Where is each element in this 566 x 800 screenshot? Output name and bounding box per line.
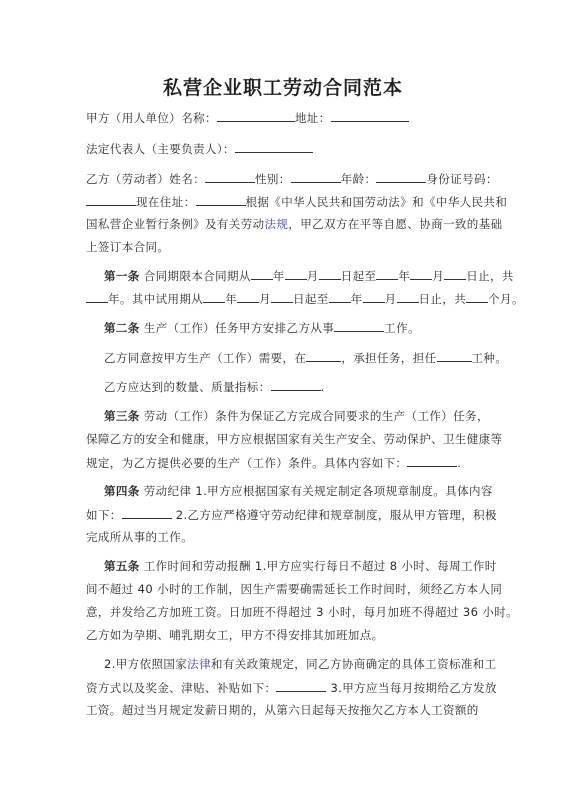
- conditions-blank[interactable]: [407, 454, 457, 467]
- article5-p2-text-2a: 资方式以及奖金、津贴、补贴如下：: [86, 681, 276, 695]
- article4-text-2b: 2.乙方应严格遵守劳动纪律和规章制度，服从甲方管理，积极: [172, 508, 497, 522]
- article2-line-3: 乙方应达到的数量、质量指标：.: [104, 378, 325, 395]
- start-day-blank[interactable]: [319, 267, 341, 280]
- party-a-name-blank[interactable]: [217, 109, 295, 122]
- residence-line: 现在住址：根据《中华人民共和国劳动法》和《中华人民共和: [86, 193, 507, 210]
- party-a-label: 甲方（用人单位）名称：: [86, 111, 217, 125]
- article5-line-2: 间不超过 40 小时的工作制，因生产需要确需延长工作时间时，须经乙方本人同: [86, 581, 502, 597]
- end-day-blank[interactable]: [444, 267, 466, 280]
- article5-heading: 第五条: [104, 559, 140, 573]
- party-b-line: 乙方（劳动者）姓名：性别：年龄：身份证号码：: [86, 170, 498, 187]
- article4-line-2: 如下： 2.乙方应严格遵守劳动纪律和规章制度，服从甲方管理，积极: [86, 506, 497, 523]
- article4-heading: 第四条: [104, 484, 140, 498]
- location-blank[interactable]: [306, 349, 341, 362]
- article4-text-3: 完成所从事的工作。: [86, 530, 193, 544]
- year-label: 年: [351, 292, 363, 306]
- article3-text-3b: .: [457, 456, 461, 470]
- end-month-blank[interactable]: [410, 267, 432, 280]
- article1-line-2: 年。其中试用期从年月日起至年月日止，共个月。: [86, 290, 524, 307]
- article1-text-1: 合同期限本合同期从: [140, 269, 251, 283]
- year-label: 年: [273, 269, 285, 283]
- quality-index-blank[interactable]: [271, 378, 321, 391]
- party-b-name-blank[interactable]: [205, 170, 255, 183]
- party-a-address-blank[interactable]: [331, 109, 409, 122]
- basis-line-2: 国私营企业暂行条例》及有关劳动法规，甲乙双方在平等自愿、协商一致的基础: [86, 216, 503, 232]
- end-year-blank[interactable]: [376, 267, 398, 280]
- month-label: 月: [385, 292, 397, 306]
- article4-line-1: 第四条 劳动纪律 1.甲方应根据国家有关规定制定各项规章制度。具体内容: [104, 483, 493, 499]
- article5-line-4: 乙方如为孕期、哺乳期女工，甲方不得安排其加班加点。: [86, 627, 384, 643]
- probation-start-month-blank[interactable]: [237, 290, 259, 303]
- article2-line-1: 第二条 生产（工作）任务甲方安排乙方从事工作。: [104, 319, 420, 336]
- gender-label: 性别：: [255, 172, 291, 186]
- age-label: 年龄：: [341, 172, 377, 186]
- party-a-line: 甲方（用人单位）名称：地址：: [86, 109, 409, 126]
- article2-text-3b: .: [321, 380, 325, 394]
- law-link[interactable]: 法律: [187, 657, 211, 671]
- article2-text-2a: 乙方同意按甲方生产（工作）需要，在: [104, 351, 306, 365]
- article3-text-1: 劳动（工作）条件为保证乙方完成合同要求的生产（工作）任务，: [140, 409, 489, 423]
- month-label: 月: [259, 292, 271, 306]
- months-label: 个月。: [488, 292, 524, 306]
- article4-text-1: 劳动纪律 1.甲方应根据国家有关规定制定各项规章制度。具体内容: [140, 484, 493, 498]
- residence-blank[interactable]: [196, 193, 246, 206]
- job-blank[interactable]: [334, 319, 384, 332]
- article2-text-1: 生产（工作）任务甲方安排乙方从事: [140, 321, 334, 335]
- day-from-label: 日起至: [341, 269, 377, 283]
- article5-p2-text-1a: 2.甲方依照国家: [104, 657, 187, 671]
- probation-start-year-blank[interactable]: [203, 290, 225, 303]
- id-number-blank[interactable]: [86, 193, 136, 206]
- article3-line-1: 第三条 劳动（工作）条件为保证乙方完成合同要求的生产（工作）任务，: [104, 408, 489, 424]
- age-blank[interactable]: [376, 170, 426, 183]
- document-title: 私营企业职工劳动合同范本: [0, 73, 566, 100]
- day-from-label: 日起至: [293, 292, 329, 306]
- article5-line-1: 第五条 工作时间和劳动报酬 1.甲方应实行每日不超过 8 小时、每周工作时: [104, 558, 497, 574]
- article2-text-3a: 乙方应达到的数量、质量指标：: [104, 380, 271, 394]
- contract-page: 私营企业职工劳动合同范本 甲方（用人单位）名称：地址： 法定代表人（主要负责人）…: [0, 0, 566, 800]
- article1-line-1: 第一条 合同期限本合同期从年月日起至年月日止，共: [104, 267, 514, 284]
- article5-para2-line-1: 2.甲方依照国家法律和有关政策规定，同乙方协商确定的具体工资标准和工: [104, 656, 497, 672]
- article5-p2-text-1b: 和有关政策规定，同乙方协商确定的具体工资标准和工: [211, 657, 497, 671]
- article5-line-3: 意，并发给乙方加班工资。日加班不得超过 3 小时，每月加班不得超过 36 小时。: [86, 604, 518, 620]
- basis-text-3: 上签订本合同。: [86, 240, 169, 254]
- legal-rep-line: 法定代表人（主要负责人）：: [86, 140, 313, 157]
- article2-line-2: 乙方同意按甲方生产（工作）需要，在，承担任务，担任工种。: [104, 349, 507, 366]
- basis-text-1: 根据《中华人民共和国劳动法》和《中华人民共和: [246, 195, 508, 209]
- legal-rep-label: 法定代表人（主要负责人）：: [86, 142, 235, 156]
- day-to-label: 日止，共: [466, 269, 514, 283]
- article5-p2-text-3: 工资。超过当月规定发薪日期的，从第六日起每天按拖欠乙方本人工资额的: [86, 703, 479, 717]
- article5-text-2: 间不超过 40 小时的工作制，因生产需要确需延长工作时间时，须经乙方本人同: [86, 582, 502, 596]
- gender-blank[interactable]: [291, 170, 341, 183]
- article4-text-2a: 如下：: [86, 508, 122, 522]
- article5-text-1: 工作时间和劳动报酬 1.甲方应实行每日不超过 8 小时、每周工作时: [140, 559, 497, 573]
- wage-details-blank[interactable]: [276, 679, 326, 692]
- article5-p2-text-2b: 3.甲方应当每月按期给乙方发放: [326, 681, 497, 695]
- probation-end-year-blank[interactable]: [329, 290, 351, 303]
- article2-heading: 第二条: [104, 321, 140, 335]
- article2-text-2c: 工种。: [472, 351, 508, 365]
- probation-end-month-blank[interactable]: [363, 290, 385, 303]
- probation-end-day-blank[interactable]: [397, 290, 419, 303]
- basis-line-3: 上签订本合同。: [86, 239, 169, 255]
- residence-label: 现在住址：: [136, 195, 196, 209]
- article1-heading: 第一条: [104, 269, 140, 283]
- article3-line-3: 规定，为乙方提供必要的生产（工作）条件。具体内容如下：.: [86, 454, 461, 471]
- id-label: 身份证号码：: [426, 172, 497, 186]
- year-label: 年: [398, 269, 410, 283]
- probation-start-day-blank[interactable]: [271, 290, 293, 303]
- probation-months-blank[interactable]: [466, 290, 488, 303]
- year-label: 年: [225, 292, 237, 306]
- start-year-blank[interactable]: [251, 267, 273, 280]
- job-type-blank[interactable]: [437, 349, 472, 362]
- start-month-blank[interactable]: [285, 267, 307, 280]
- basis-text-2b: ，甲乙双方在平等自愿、协商一致的基础: [288, 217, 502, 231]
- article4-line-3: 完成所从事的工作。: [86, 529, 193, 545]
- article5-para2-line-2: 资方式以及奖金、津贴、补贴如下： 3.甲方应当每月按期给乙方发放: [86, 679, 497, 696]
- month-label: 月: [432, 269, 444, 283]
- day-to-label: 日止，共: [419, 292, 467, 306]
- total-years-blank[interactable]: [86, 290, 108, 303]
- article3-text-2: 保障乙方的安全和健康，甲方应根据国家有关生产安全、劳动保护、卫生健康等: [86, 432, 503, 446]
- article5-text-4: 乙方如为孕期、哺乳期女工，甲方不得安排其加班加点。: [86, 628, 384, 642]
- address-label: 地址：: [295, 111, 331, 125]
- regulations-link[interactable]: 法规: [265, 217, 289, 231]
- discipline-blank[interactable]: [122, 506, 172, 519]
- probation-text: 年。其中试用期从: [108, 292, 203, 306]
- article3-text-3a: 规定，为乙方提供必要的生产（工作）条件。具体内容如下：: [86, 456, 407, 470]
- basis-text-2a: 国私营企业暂行条例》及有关劳动: [86, 217, 265, 231]
- legal-rep-blank[interactable]: [235, 140, 313, 153]
- article5-text-3: 意，并发给乙方加班工资。日加班不得超过 3 小时，每月加班不得超过 36 小时。: [86, 605, 518, 619]
- party-b-name-label: 乙方（劳动者）姓名：: [86, 172, 205, 186]
- month-label: 月: [307, 269, 319, 283]
- article2-text-2b: ，承担任务，担任: [341, 351, 436, 365]
- article3-line-2: 保障乙方的安全和健康，甲方应根据国家有关生产安全、劳动保护、卫生健康等: [86, 431, 503, 447]
- article2-text-1b: 工作。: [384, 321, 420, 335]
- article5-para2-line-3: 工资。超过当月规定发薪日期的，从第六日起每天按拖欠乙方本人工资额的: [86, 702, 479, 718]
- article3-heading: 第三条: [104, 409, 140, 423]
